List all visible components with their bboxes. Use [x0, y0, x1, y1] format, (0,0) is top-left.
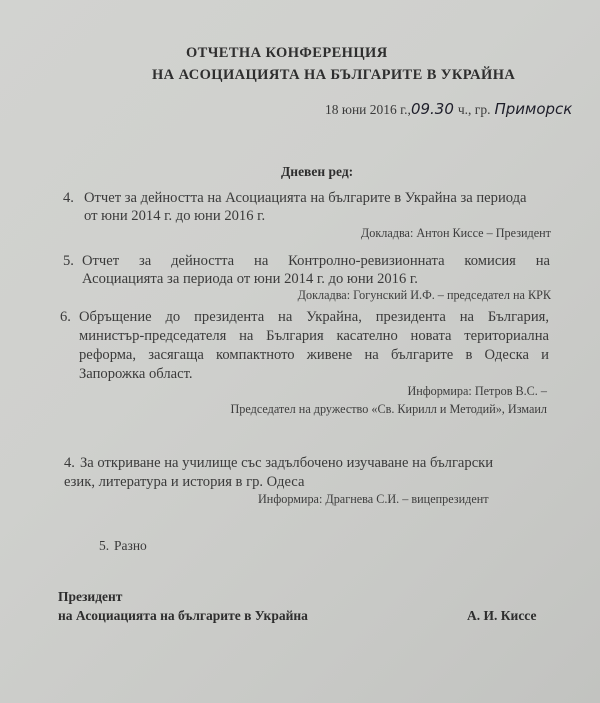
agenda-item-speaker: Докладва: Гогунский И.Ф. – председател н…: [298, 288, 551, 303]
agenda-item-number: 6.: [60, 309, 71, 326]
agenda-item-text-line: език, литература и история в гр. Одеса: [64, 474, 304, 491]
city-handwritten: Приморск: [494, 100, 572, 118]
agenda-item-text-line: реформа, засягаща компактното живене на …: [79, 347, 549, 364]
agenda-item-number: 4.: [63, 190, 74, 207]
signature-name: А. И. Киссе: [467, 608, 536, 624]
agenda-item-number: 4.: [64, 455, 75, 472]
agenda-item-text-line: Асоциацията за периода от юни 2014 г. до…: [82, 271, 418, 288]
date-printed: 18 юни 2016 г.,: [325, 102, 411, 117]
agenda-item-text-line: Отчет за дейността на Асоциацията на бъл…: [84, 190, 527, 207]
agenda-item-speaker-affiliation: Председател на дружество «Св. Кирилл и М…: [230, 402, 547, 417]
agenda-heading: Дневен ред:: [281, 164, 353, 180]
document-title-line2: НА АСОЦИАЦИЯТА НА БЪЛГАРИТЕ В УКРАЙНА: [152, 67, 515, 84]
date-place-line: 18 юни 2016 г.,09.30 ч., гр. Приморск: [325, 100, 572, 119]
agenda-item-text-line: Обръщение до президента на Украйна, през…: [79, 309, 549, 326]
agenda-item-text-line: Разно: [114, 538, 147, 554]
time-handwritten: 09.30: [411, 100, 454, 118]
agenda-item-text-line: За откриване на училище със задълбочено …: [80, 455, 493, 472]
agenda-item-text-line: от юни 2014 г. до юни 2016 г.: [84, 208, 265, 225]
agenda-item-text-line: Запорожка област.: [79, 366, 193, 383]
agenda-item-number: 5.: [99, 538, 109, 554]
agenda-item-speaker: Докладва: Антон Киссе – Президент: [361, 226, 551, 241]
agenda-item-text-line: министър-председателя на България касате…: [79, 328, 549, 345]
document-title-line1: ОТЧЕТНА КОНФЕРЕНЦИЯ: [186, 45, 388, 62]
signature-title: Президент: [58, 589, 122, 605]
signature-organization: на Асоциацията на българите в Украйна: [58, 608, 308, 624]
time-suffix: ч., гр.: [458, 102, 491, 117]
agenda-item-text-line: Отчет за дейността на Контролно-ревизион…: [82, 253, 550, 270]
agenda-item-number: 5.: [63, 253, 74, 270]
agenda-item-speaker: Информира: Драгнева С.И. – вицепрезидент: [258, 492, 489, 507]
agenda-item-speaker: Информира: Петров В.С. –: [407, 384, 547, 399]
